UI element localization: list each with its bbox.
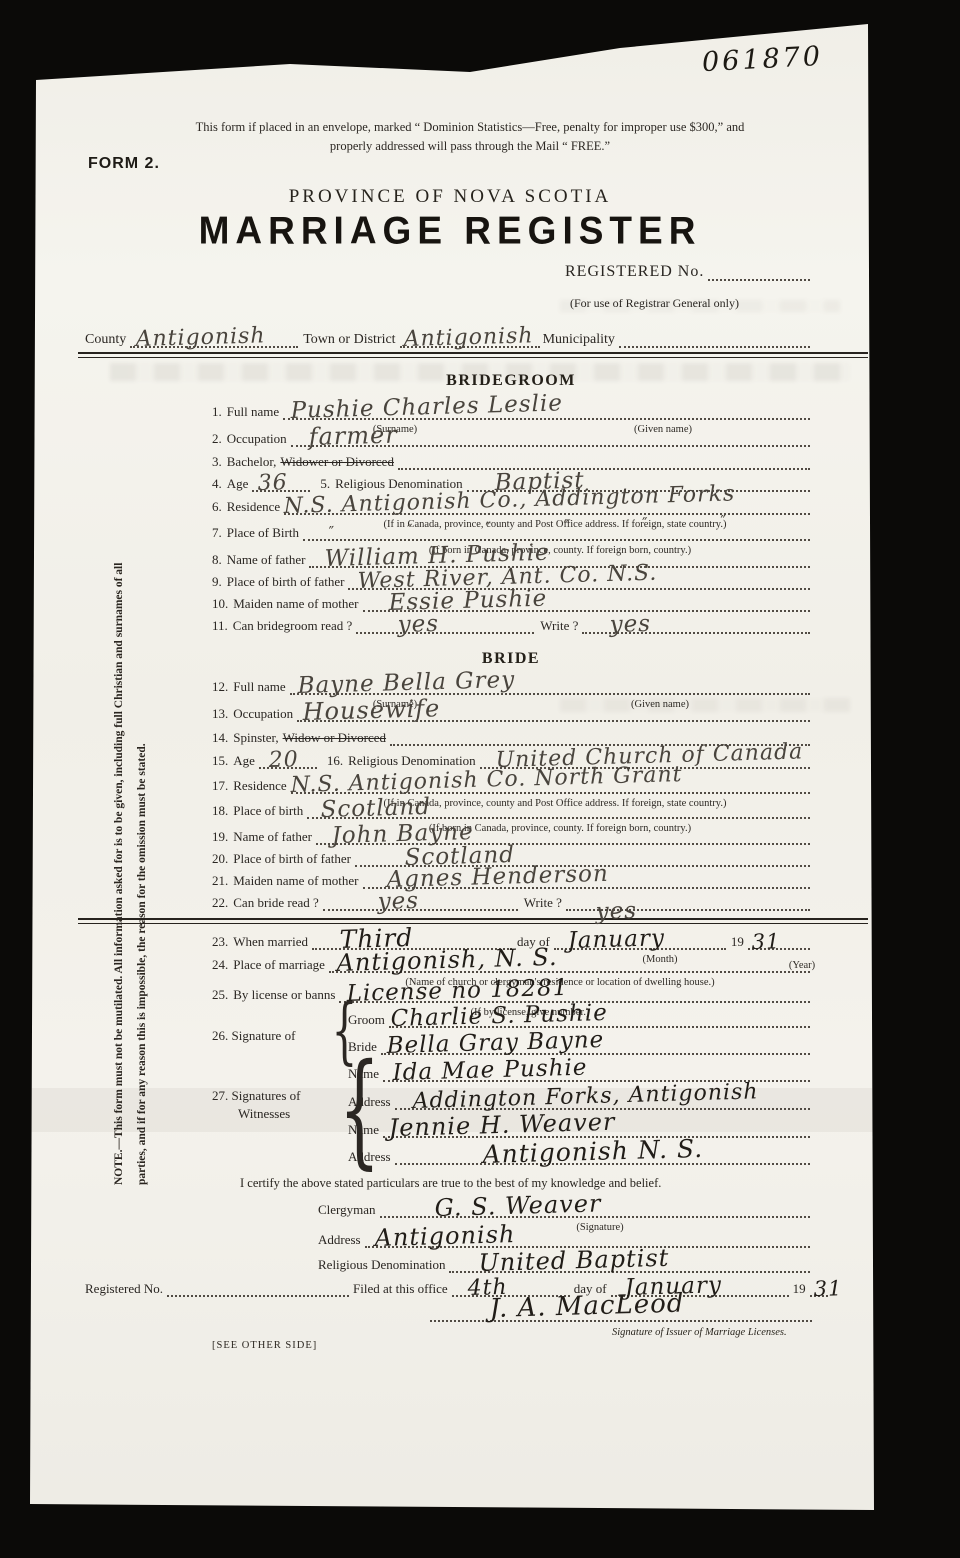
form-number-label: FORM 2. bbox=[88, 155, 160, 173]
place-of-marriage-row: 24. Place of marriage Antigonish, N. S. bbox=[212, 947, 810, 973]
groom-signature-row: Groom Charlie S. Pushie bbox=[348, 1002, 810, 1028]
groom-birthplace-row: 7. Place of Birth ″ ″ ″ ″ ″ ″ bbox=[212, 515, 810, 541]
town-label: Town or District bbox=[303, 332, 395, 348]
province-title: PROVINCE OF NOVA SCOTIA bbox=[90, 186, 810, 208]
bride-birthplace-value: Scotland bbox=[321, 794, 432, 823]
bride-birthplace-label: Place of birth bbox=[233, 803, 303, 819]
item-number: 1. bbox=[212, 404, 222, 420]
bride-fullname-row: 12. Full name Bayne Bella Grey bbox=[212, 669, 810, 695]
signature-of-label: Signature of bbox=[232, 1028, 296, 1043]
item-number: 18. bbox=[212, 803, 228, 819]
form-content: 061870 This form if placed in an envelop… bbox=[0, 0, 960, 1558]
municipality-field bbox=[619, 318, 810, 348]
mail-note-line1: This form if placed in an envelope, mark… bbox=[130, 120, 810, 135]
groom-birthplace-field: ″ ″ ″ ″ ″ ″ bbox=[303, 513, 810, 541]
bride-signature-row: Bride Bella Gray Bayne bbox=[348, 1029, 810, 1055]
registered-no-label: REGISTERED No. bbox=[565, 263, 704, 281]
witness2-address-row: Address Antigonish N. S. bbox=[348, 1139, 810, 1165]
groom-fullname-label: Full name bbox=[227, 404, 279, 420]
groom-write-field: yes bbox=[582, 606, 810, 634]
witness1-name-field: Ida Mae Pushie bbox=[383, 1054, 810, 1082]
bride-occupation-value: Housewife bbox=[302, 694, 440, 726]
item-number: 6. bbox=[212, 499, 222, 515]
item-number: 26. bbox=[212, 1028, 228, 1043]
marriage-month-value: January bbox=[567, 925, 665, 954]
bride-read-value: yes bbox=[377, 888, 419, 915]
witnesses-label-line1: 27. Signatures of bbox=[212, 1088, 300, 1104]
witness2-name-field: Jennie H. Weaver bbox=[383, 1110, 810, 1138]
groom-birthplace-ditto-marks: ″ ″ ″ ″ ″ ″ bbox=[328, 512, 728, 541]
municipality-label: Municipality bbox=[543, 332, 615, 348]
witness1-name-value: Ida Mae Pushie bbox=[392, 1055, 588, 1086]
groom-birthplace-label: Place of Birth bbox=[227, 525, 299, 541]
mail-note-line2: properly addressed will pass through the… bbox=[130, 139, 810, 154]
witnesses-label-line2: Witnesses bbox=[238, 1106, 290, 1122]
handwritten-doc-number: 061870 bbox=[701, 41, 824, 78]
bride-age-label: Age bbox=[233, 753, 255, 769]
location-row: County Antigonish Town or District Antig… bbox=[85, 320, 810, 348]
place-of-marriage-value: Antigonish, N. S. bbox=[336, 943, 558, 977]
clergyman-row: Clergyman G. S. Weaver bbox=[318, 1192, 810, 1218]
bride-write-label: Write ? bbox=[524, 895, 562, 911]
witness-address-label: Address bbox=[348, 1094, 391, 1110]
item-number: 27. bbox=[212, 1088, 228, 1103]
groom-occupation-value: farmer bbox=[308, 421, 398, 451]
bride-birthplace-field: Scotland bbox=[307, 791, 810, 819]
bride-age-field: 20 bbox=[259, 741, 317, 769]
witness2-name-row: Name Jennie H. Weaver bbox=[348, 1112, 810, 1138]
clergyman-address-value: Antigonish bbox=[374, 1220, 516, 1252]
witness2-address-field: Antigonish N. S. bbox=[395, 1137, 810, 1165]
clergyman-denomination-value: United Baptist bbox=[479, 1244, 671, 1277]
bride-residence-label: Residence bbox=[233, 778, 286, 794]
bride-heading: BRIDE bbox=[212, 650, 810, 668]
registered-no-bottom-field bbox=[167, 1269, 349, 1297]
license-label: By license or banns bbox=[233, 987, 335, 1003]
section-divider bbox=[78, 352, 868, 358]
bridegroom-heading: BRIDEGROOM bbox=[212, 372, 810, 390]
groom-write-value: yes bbox=[610, 611, 652, 638]
groom-fullname-row: 1. Full name Pushie Charles Leslie bbox=[212, 394, 810, 420]
bride-write-value: yes bbox=[595, 898, 637, 925]
witness-name-label: Name bbox=[348, 1066, 379, 1082]
town-field: Antigonish bbox=[400, 318, 540, 348]
witness-address-label: Address bbox=[348, 1149, 391, 1165]
witness1-name-row: Name Ida Mae Pushie bbox=[348, 1056, 810, 1082]
registered-no-row: REGISTERED No. bbox=[565, 255, 810, 281]
item-number: 7. bbox=[212, 525, 222, 541]
page-title: MARRIAGE REGISTER bbox=[90, 209, 810, 253]
groom-residence-label: Residence bbox=[227, 499, 280, 515]
county-value: Antigonish bbox=[136, 323, 267, 352]
bride-fullname-label: Full name bbox=[233, 679, 285, 695]
clergyman-signature-value: G. S. Weaver bbox=[434, 1189, 602, 1222]
county-field: Antigonish bbox=[130, 318, 298, 348]
item-number: 15. bbox=[212, 753, 228, 769]
margin-note: NOTE.—This form must not be mutilated. A… bbox=[108, 545, 154, 1185]
bride-residence-field: N.S. Antigonish Co. North Grant bbox=[291, 766, 810, 794]
registrar-only-note: (For use of Registrar General only) bbox=[570, 296, 739, 311]
groom-write-label: Write ? bbox=[540, 618, 578, 634]
groom-residence-field: N.S. Antigonish Co., Addington Forks bbox=[284, 487, 810, 515]
witness-name-label: Name bbox=[348, 1122, 379, 1138]
bride-read-label: Can bride read ? bbox=[233, 895, 319, 911]
groom-fullname-field: Pushie Charles Leslie bbox=[283, 392, 810, 420]
bride-fullname-field: Bayne Bella Grey bbox=[290, 667, 810, 695]
license-field: License no 18281 bbox=[339, 975, 810, 1003]
groom-signature-label: Groom bbox=[348, 1012, 385, 1028]
place-of-marriage-label: Place of marriage bbox=[233, 957, 325, 973]
item-number: 24. bbox=[212, 957, 228, 973]
see-other-side-note: [SEE OTHER SIDE] bbox=[212, 1340, 317, 1351]
couple-signature-label: 26. Signature of bbox=[212, 1028, 295, 1044]
marriage-year-value: 31 bbox=[751, 929, 780, 954]
groom-read-label: Can bridegroom read ? bbox=[233, 618, 352, 634]
item-number: 22. bbox=[212, 895, 228, 911]
town-value: Antigonish bbox=[403, 323, 534, 352]
county-label: County bbox=[85, 332, 126, 348]
groom-age-value: 36 bbox=[258, 470, 289, 496]
clergyman-label: Clergyman bbox=[318, 1202, 376, 1218]
registered-no-field bbox=[708, 253, 810, 281]
filed-year-field: 31 bbox=[810, 1269, 828, 1297]
item-number: 12. bbox=[212, 679, 228, 695]
witness1-address-field: Addington Forks, Antigonish bbox=[395, 1082, 810, 1110]
witness1-address-row: Address Addington Forks, Antigonish bbox=[348, 1084, 810, 1110]
issuer-caption: Signature of Issuer of Marriage Licenses… bbox=[612, 1327, 787, 1338]
scanned-marriage-register: { "doc_number": "061870", "header": { "m… bbox=[0, 0, 960, 1558]
bride-write-field: yes bbox=[566, 883, 810, 911]
groom-read-value: yes bbox=[398, 611, 440, 638]
bride-signature-field: Bella Gray Bayne bbox=[381, 1027, 810, 1055]
registered-no-bottom-label: Registered No. bbox=[85, 1281, 163, 1297]
signatures-of-label: Signatures of bbox=[232, 1088, 301, 1103]
clergyman-signature-field: G. S. Weaver bbox=[380, 1190, 810, 1218]
clergyman-address-label: Address bbox=[318, 1232, 361, 1248]
clergyman-address-field: Antigonish bbox=[365, 1220, 810, 1248]
item-number: 17. bbox=[212, 778, 228, 794]
issuer-signature-value: J. A. MacLeod bbox=[489, 1289, 685, 1324]
filed-year-value: 31 bbox=[813, 1276, 842, 1301]
bride-age-value: 20 bbox=[268, 747, 299, 773]
witness2-address-value: Antigonish N. S. bbox=[482, 1134, 703, 1169]
item-number: 11. bbox=[212, 618, 228, 634]
groom-signature-field: Charlie S. Pushie bbox=[389, 1000, 810, 1028]
item-number: 25. bbox=[212, 987, 228, 1003]
